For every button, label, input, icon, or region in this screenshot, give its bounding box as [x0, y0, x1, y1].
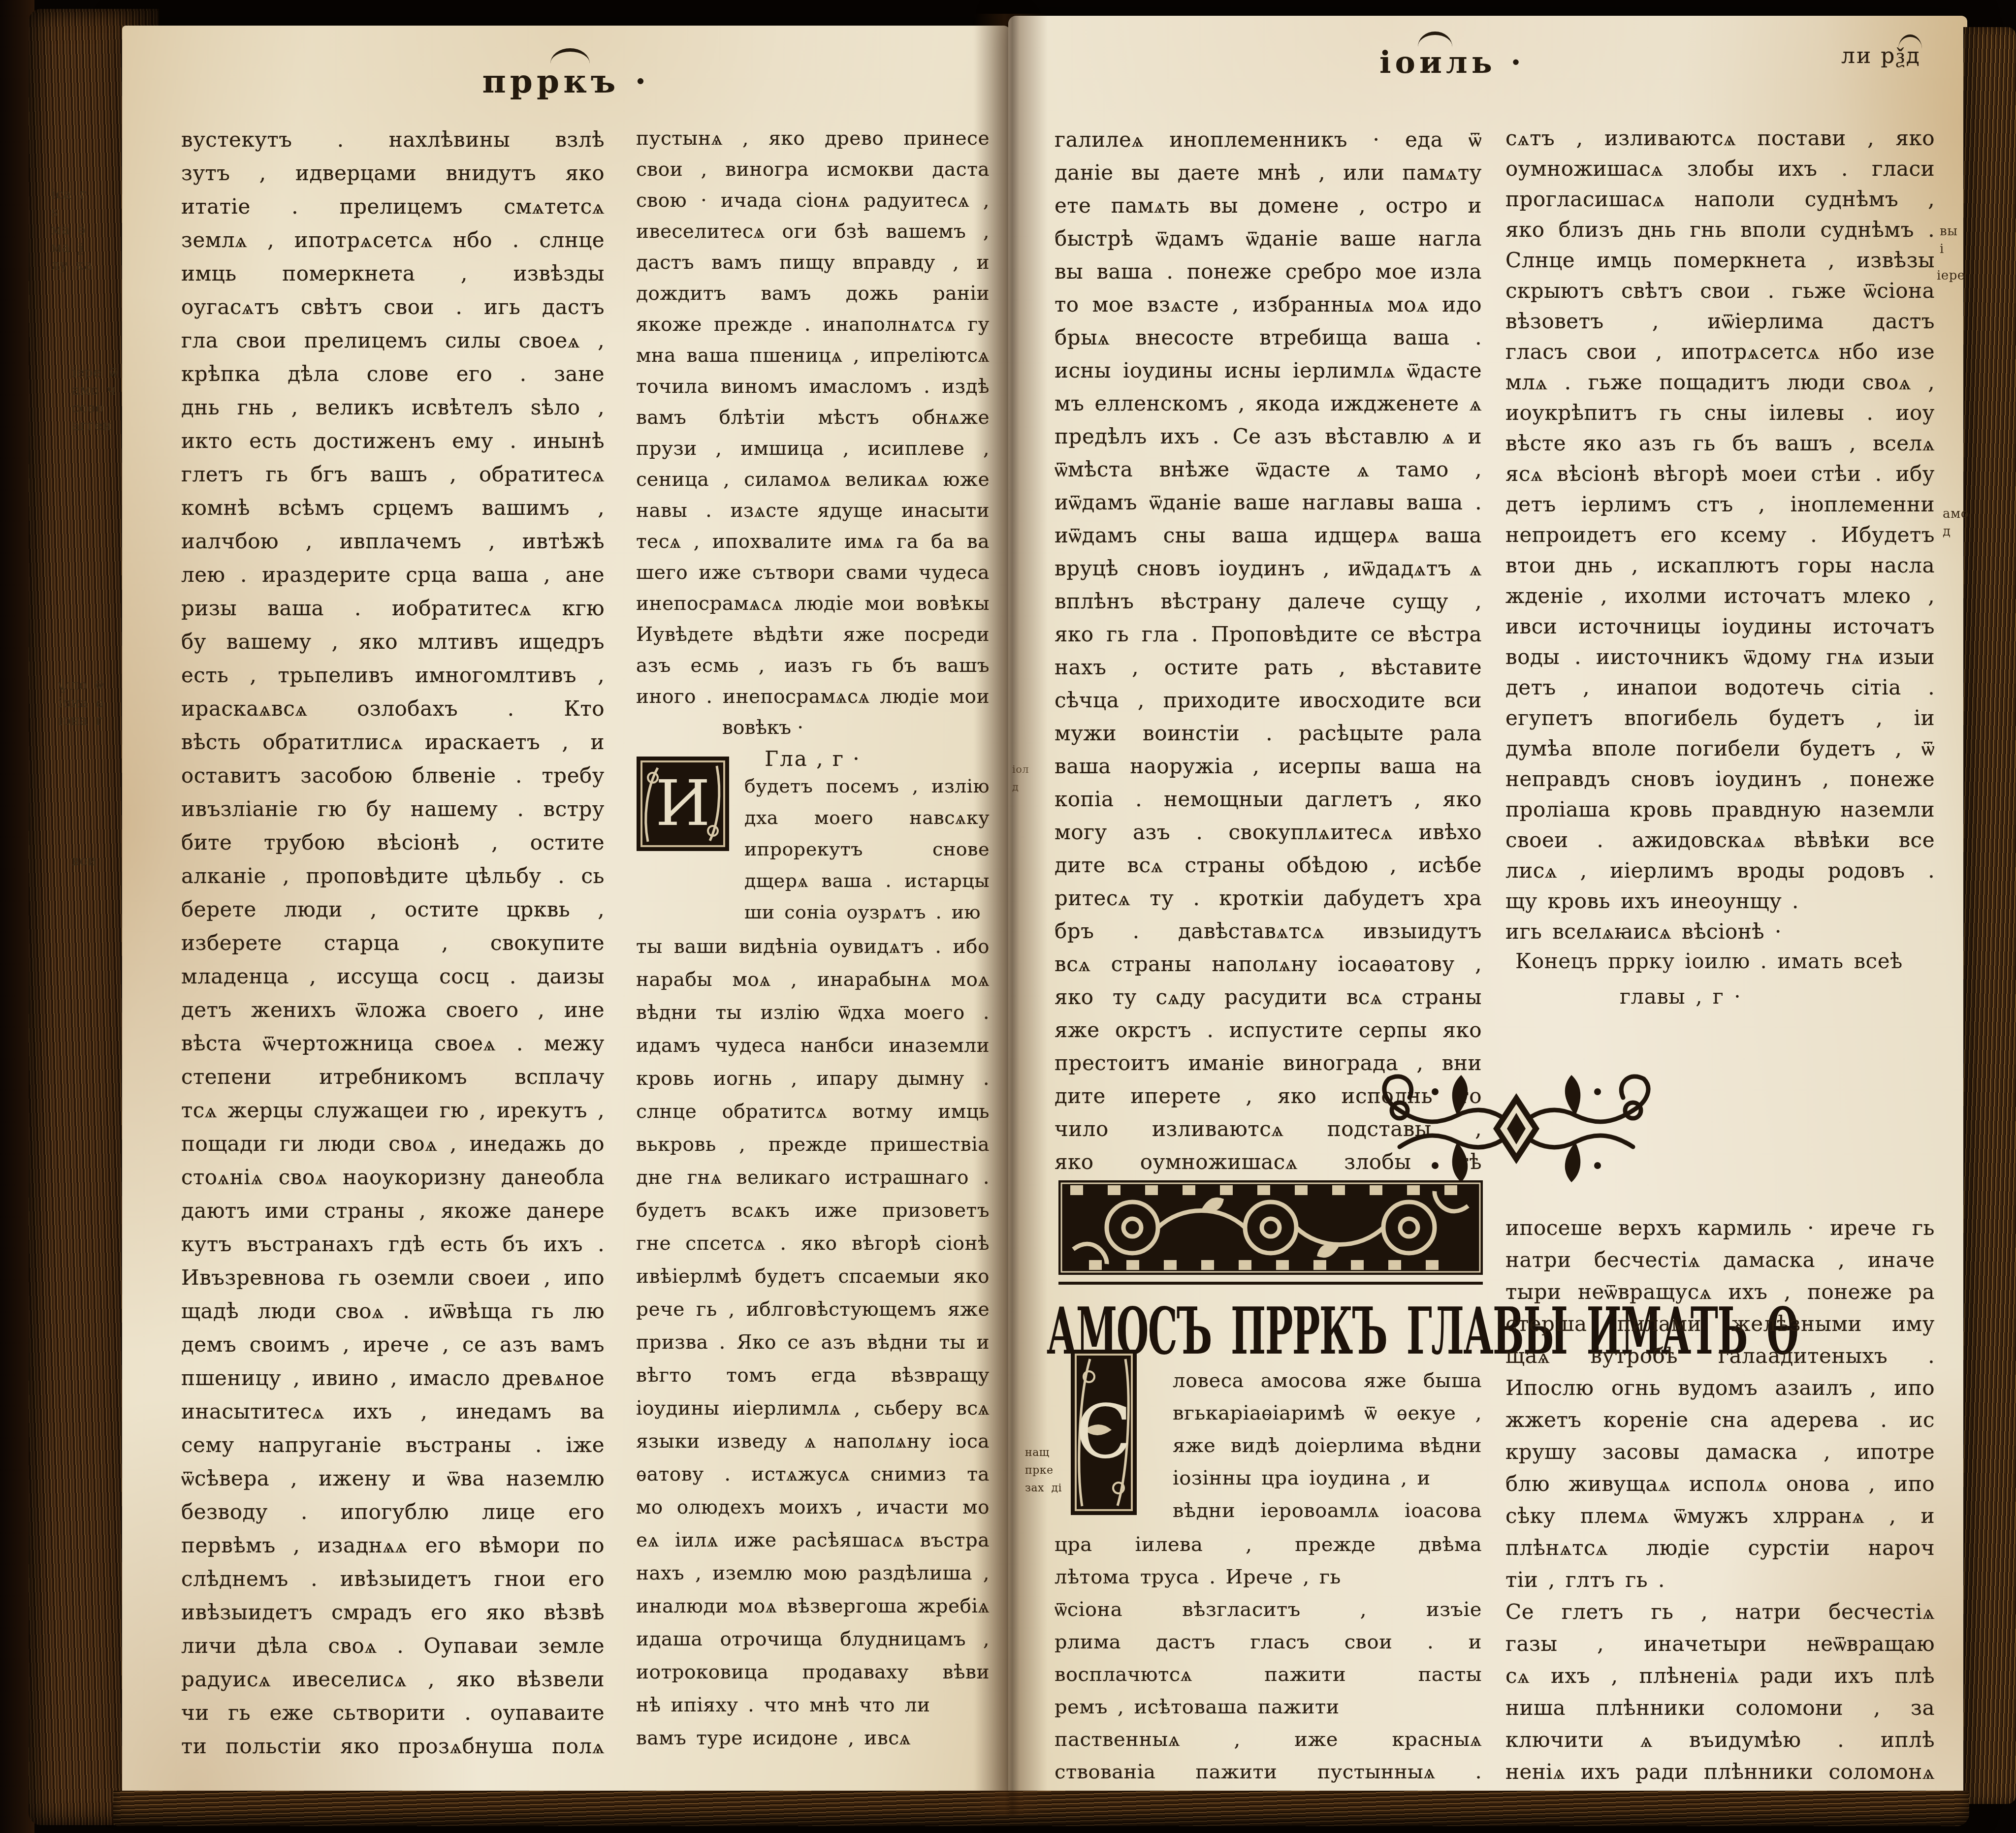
- headpiece-rule: [1058, 1282, 1483, 1285]
- drop-cap-letter: И: [655, 767, 710, 840]
- text-column-1: вустекутъ . нахлѣвины взлѣзутъ , идверца…: [181, 123, 605, 1763]
- margin-note-gutter-left: іолд: [1012, 760, 1029, 796]
- colophon-end-of-joel-line2: главы , г ·: [1620, 984, 1741, 1009]
- margin-note-reference-4: вои: [72, 853, 97, 870]
- verse-ending: вовѣкъ ·: [722, 712, 803, 743]
- page-block-fore-edge: [1963, 27, 2016, 1804]
- book-photograph: { "book": { "left_page": { "running_titl…: [0, 0, 2016, 1833]
- colophon-end-of-joel-line1: Конецъ пррку іоилю . имать всеѣ: [1515, 949, 1903, 973]
- margin-notes-references-7: амод: [1943, 505, 1969, 540]
- headpiece-band: [1058, 1180, 1483, 1277]
- text-column-2-rest: ты ваши видѣніа оувидѧтъ . ибонарабы моѧ…: [636, 930, 990, 1755]
- margin-notes-references-5: выі: [1940, 222, 1957, 258]
- text-column-4-amos: ипосеше верхъ кармиль · ирече гьнатри бе…: [1505, 1212, 1935, 1788]
- margin-notes-references-3: ѱло ѿіона ѳіона г: [58, 677, 104, 730]
- text-column-3-joel: галилеѧ иноплеменникъ · еда ѿданіе вы да…: [1055, 123, 1482, 1178]
- text-column-2-top: пустынѧ , яко древо принесе плосвои , ви…: [636, 123, 990, 712]
- page-block-edge-bottom: [113, 1791, 1969, 1826]
- text-column-3-amos-rest: цра іилева , прежде двѣмалѣтома труса . …: [1055, 1528, 1482, 1788]
- running-title-right: іоиль ·: [1231, 44, 1674, 80]
- margin-note-reference-6: іере: [1937, 267, 1965, 284]
- margin-notes-references-2: іере ѿамо чсоѳоаггеи: [72, 364, 118, 435]
- tailpiece-ornament: [1356, 1062, 1676, 1197]
- running-title-left: прркъ ·: [345, 62, 788, 100]
- text-column-4-joel: сѧтъ , изливаютсѧ постави , якооумножиша…: [1505, 123, 1935, 947]
- margin-notes-references-1: іса гѕма ѳма ѯлу ка: [51, 186, 93, 275]
- drop-cap-letter: С: [1076, 1390, 1132, 1475]
